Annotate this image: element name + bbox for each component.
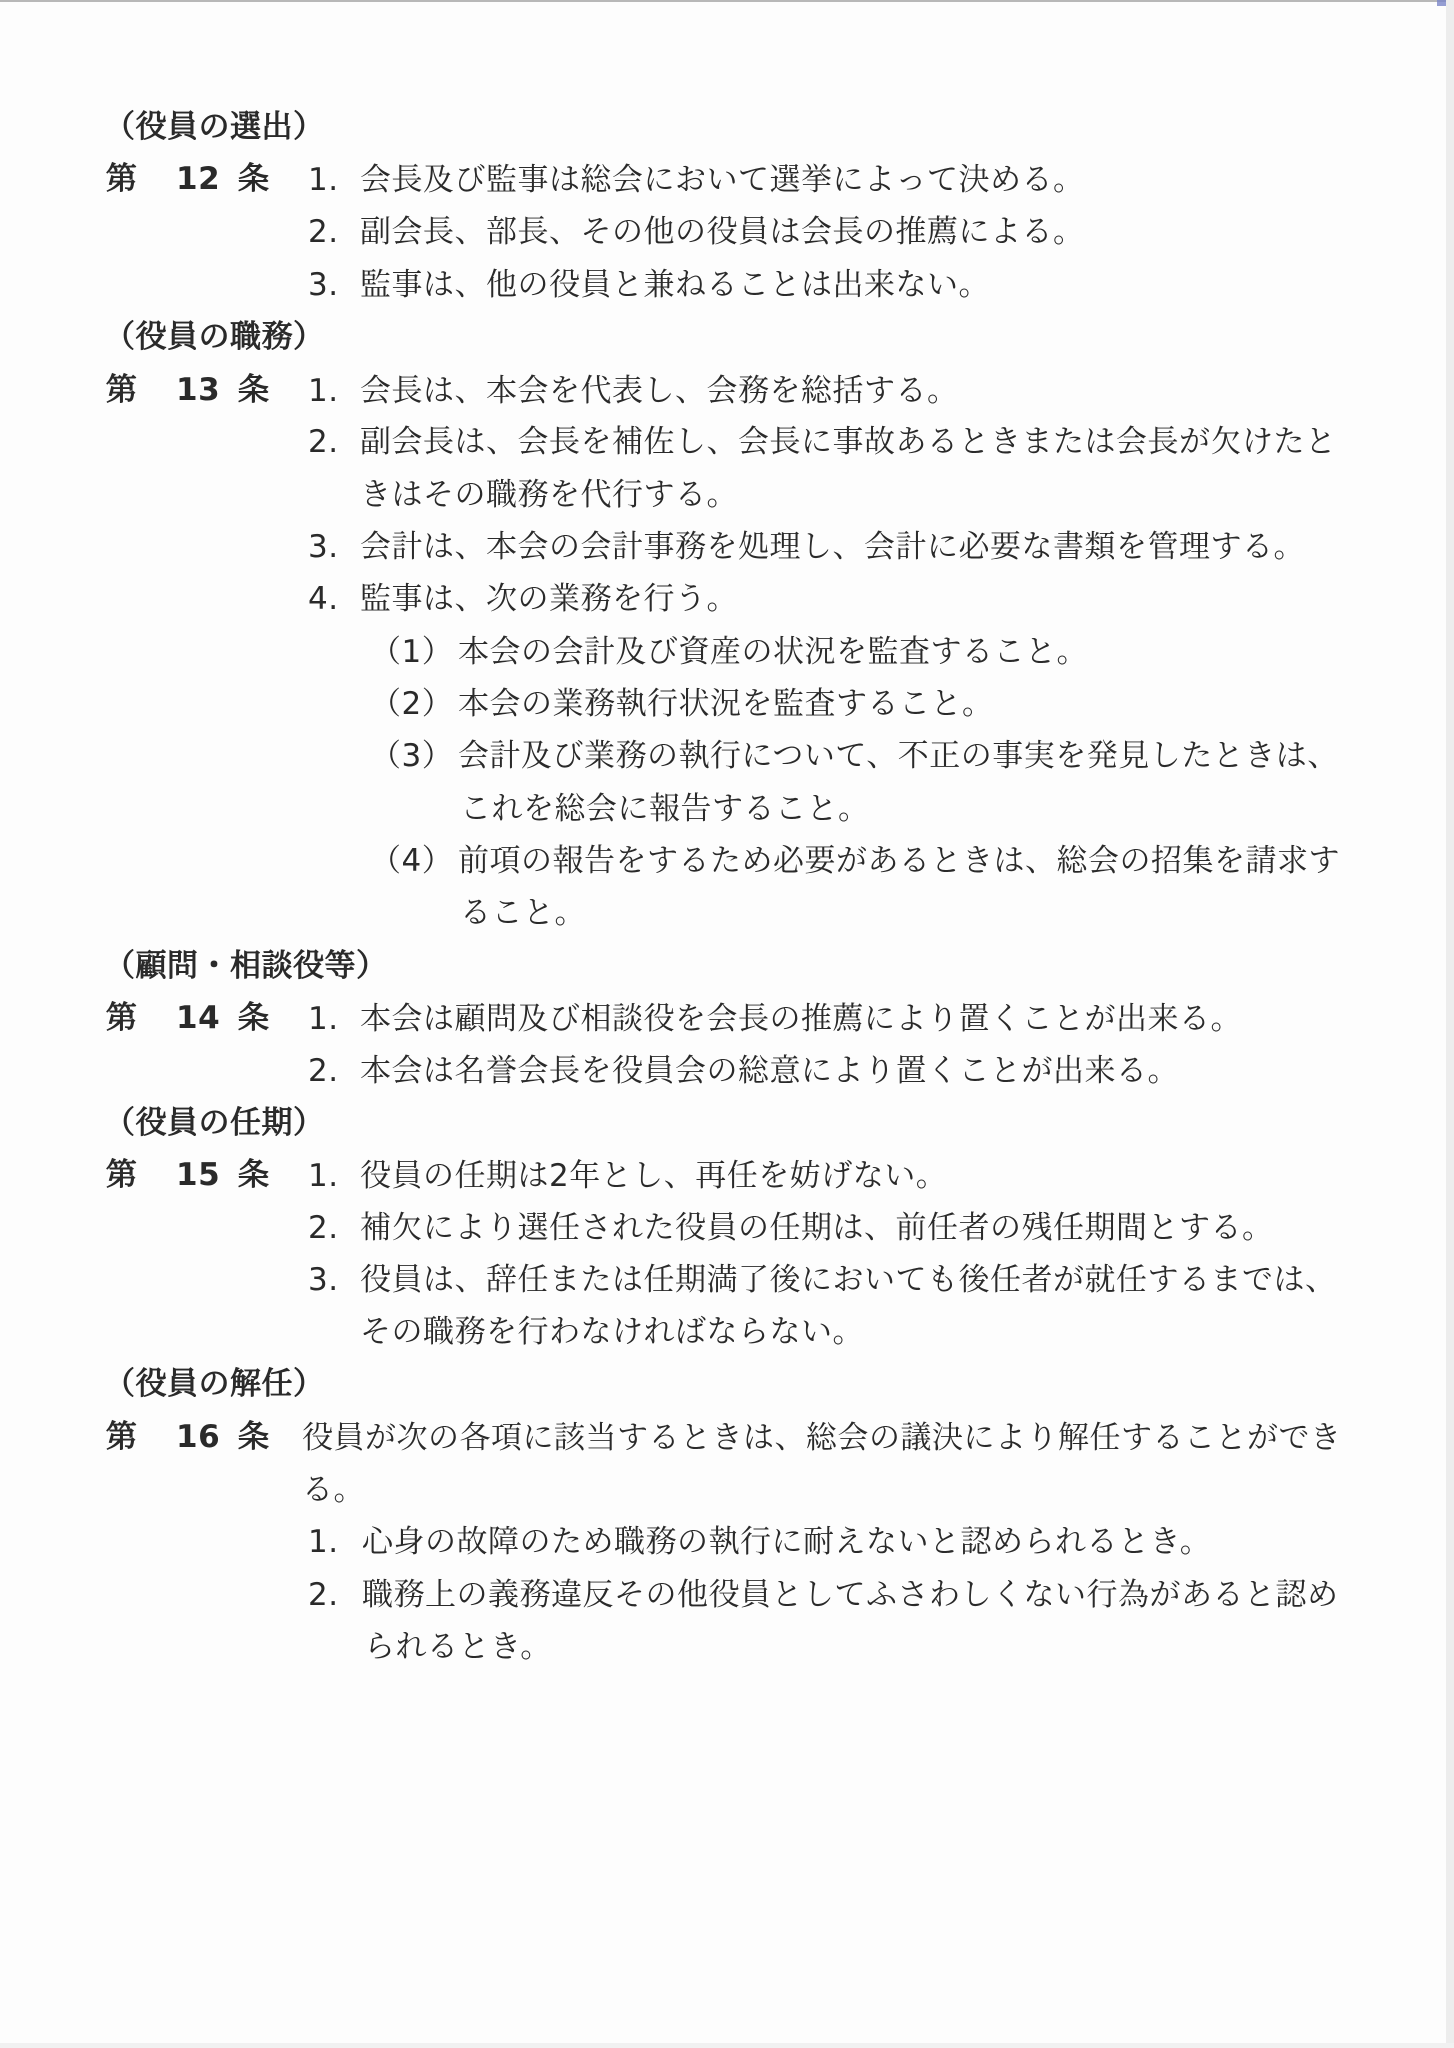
article-body-continuation: る。 (302, 1471, 365, 1509)
article-prefix: 第 (106, 1418, 138, 1456)
item-text: 補欠により選任された役員の任期は、前任者の残任期間とする。 (360, 1209, 1274, 1247)
item-text: 本会は顧問及び相談役を会長の推薦により置くことが出来る。 (360, 1000, 1242, 1038)
subitem-number: （2） (370, 685, 453, 723)
item-number: 1. (308, 161, 339, 199)
item-text: 副会長は、会長を補佐し、会長に事故あるときまたは会長が欠けたと (360, 423, 1337, 461)
item-number: 2. (308, 213, 339, 251)
scanned-document-page: （役員の選出） 第 12 条 1. 会長及び監事は総会において選挙によって決める… (0, 0, 1454, 2048)
section-heading: （役員の職務） (104, 318, 325, 356)
subitem-text-continuation: ること。 (460, 894, 586, 932)
item-number: 2. (308, 1576, 339, 1614)
item-text-continuation: その職務を行わなければならない。 (360, 1313, 864, 1351)
subitem-text-continuation: これを総会に報告すること。 (460, 790, 870, 828)
item-number: 4. (308, 580, 339, 618)
article-prefix: 第 (106, 371, 138, 409)
item-text: 役員は、辞任または任期満了後においても後任者が就任するまでは、 (360, 1261, 1337, 1299)
article-prefix: 第 (106, 160, 138, 198)
item-text: 会計は、本会の会計事務を処理し、会計に必要な書類を管理する。 (360, 528, 1305, 566)
item-text: 役員の任期は2年とし、再任を妨げない。 (360, 1157, 947, 1195)
subitem-text: 前項の報告をするため必要があるときは、総会の招集を請求す (458, 842, 1340, 880)
item-number: 1. (308, 1000, 339, 1038)
subitem-text: 会計及び業務の執行について、不正の事実を発見したときは、 (458, 737, 1339, 775)
article-number: 16 (176, 1418, 220, 1456)
section-heading: （役員の任期） (104, 1104, 325, 1142)
item-number: 1. (308, 1523, 339, 1561)
scan-artifact-top-edge (0, 0, 1454, 2)
article-number: 14 (176, 999, 220, 1037)
article-prefix: 第 (106, 999, 138, 1037)
scan-artifact-bottom-edge (0, 2043, 1454, 2048)
item-number: 2. (308, 1052, 339, 1090)
section-heading: （役員の解任） (104, 1365, 325, 1403)
item-number: 1. (308, 1157, 339, 1195)
section-heading: （顧問・相談役等） (104, 947, 388, 985)
item-text: 監事は、次の業務を行う。 (360, 580, 738, 618)
item-number: 3. (308, 266, 339, 304)
subitem-number: （3） (370, 737, 453, 775)
subitem-text: 本会の業務執行状況を監査すること。 (458, 685, 994, 723)
item-text: 会長は、本会を代表し、会務を総括する。 (360, 372, 959, 410)
item-number: 2. (308, 423, 339, 461)
item-number: 2. (308, 1209, 339, 1247)
article-number: 12 (176, 160, 220, 198)
item-text: 職務上の義務違反その他役員としてふさわしくない行為があると認め (362, 1576, 1339, 1614)
item-text-continuation: られるとき。 (364, 1628, 552, 1666)
item-text-continuation: きはその職務を代行する。 (360, 476, 738, 514)
article-suffix: 条 (238, 160, 270, 198)
item-number: 3. (308, 528, 339, 566)
article-suffix: 条 (238, 999, 270, 1037)
subitem-number: （1） (370, 633, 453, 671)
article-body-text: 役員が次の各項に該当するときは、総会の議決により解任することができ (302, 1419, 1342, 1457)
item-text: 心身の故障のため職務の執行に耐えないと認められるとき。 (362, 1523, 1211, 1561)
subitem-text: 本会の会計及び資産の状況を監査すること。 (458, 633, 1088, 671)
item-number: 3. (308, 1261, 339, 1299)
item-number: 1. (308, 372, 339, 410)
article-suffix: 条 (238, 1418, 270, 1456)
item-text: 副会長、部長、その他の役員は会長の推薦による。 (360, 213, 1085, 251)
item-text: 本会は名誉会長を役員会の総意により置くことが出来る。 (360, 1052, 1179, 1090)
article-prefix: 第 (106, 1156, 138, 1194)
subitem-number: （4） (370, 842, 453, 880)
scan-artifact-right-edge (1446, 0, 1454, 2048)
item-text: 監事は、他の役員と兼ねることは出来ない。 (360, 266, 990, 304)
article-number: 15 (176, 1156, 220, 1194)
item-text: 会長及び監事は総会において選挙によって決める。 (360, 161, 1085, 199)
article-suffix: 条 (238, 1156, 270, 1194)
section-heading: （役員の選出） (104, 108, 325, 146)
article-number: 13 (176, 371, 220, 409)
article-suffix: 条 (238, 371, 270, 409)
